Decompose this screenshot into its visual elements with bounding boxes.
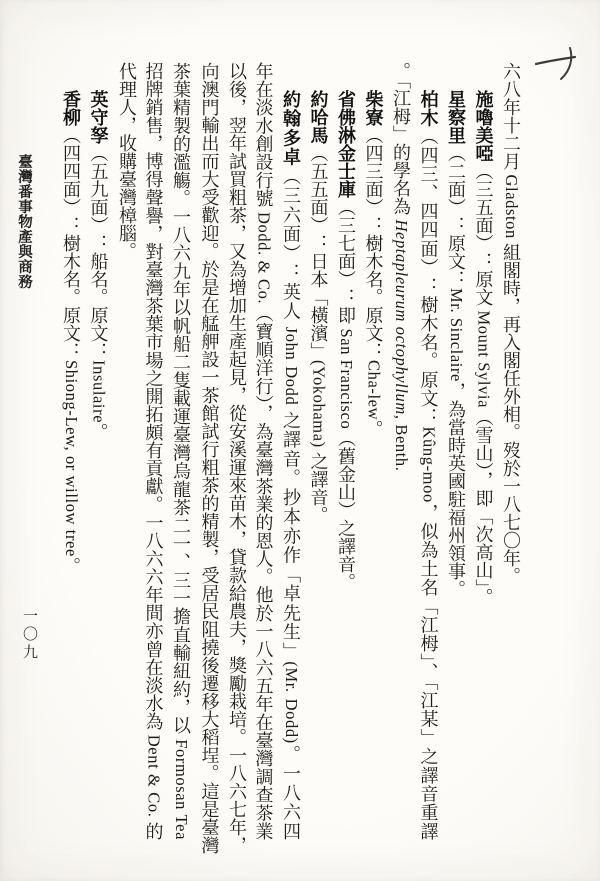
body-text: 組閣時，再入閣任外相。歿於一八七〇年。 [501, 239, 521, 586]
text-column-5: 。「江栂」的學名為 Heptapleurum octophyllum, Bent… [388, 62, 415, 472]
glossary-headword: 香柳 [61, 90, 81, 126]
body-text: （寶順洋行），為臺灣茶業的恩人。他於一八六五年在臺灣調查茶業 [254, 304, 274, 840]
latin-text: (Mr. Dodd) [282, 661, 301, 743]
text-column-14: 招牌銷售，博得聲譽，對臺灣茶葉市場之開拓頗有貢獻。一八六六年間亦曾在淡水為 De… [141, 62, 168, 840]
text-column-9: 約翰多卓（三六面）：英人 John Dodd 之譯音。抄本亦作「卓先生」(Mr.… [278, 62, 305, 840]
glossary-headword: 柏木 [419, 90, 439, 127]
text-column-4: 柏木（四三、四四面）：樹木名。原文：Kûng-moo，似為土名「江栂」、「江某」… [416, 62, 443, 840]
body-text: （五九面）：船名。原文： [89, 144, 109, 360]
latin-text: Mount Sylvia [475, 311, 494, 409]
glossary-headword: 約哈馬 [309, 90, 329, 144]
body-text: （四三、四四面）：樹木名。原文： [419, 127, 439, 426]
text-column-11: 以後，翌年試買粗茶，又為增加生產起見，從安溪運來苗木，貸款給農夫，獎勵栽培。一八… [223, 62, 250, 840]
body-text: 代理人，收購臺灣樟腦。 [117, 62, 137, 260]
body-text: 之譯音。 [309, 448, 329, 525]
text-column-13: 茶葉精製的濫觴。一八六九年以帆船二隻載運臺灣烏龍茶二一、三一擔直輸紐約，以 Fo… [168, 62, 195, 840]
body-text: 。「江栂」的學名為 [391, 62, 411, 220]
text-column-16: 英守孥（五九面）：船名。原文：Insulaire。 [86, 62, 113, 441]
latin-text: Dent & Co. [145, 735, 164, 818]
text-column-10: 年在淡水創設行號 Dodd. & Co.（寶順洋行），為臺灣茶業的恩人。他於一八… [251, 62, 278, 840]
latin-text: (Yokohama) [310, 360, 329, 448]
body-text: （三七面）：即 [336, 198, 356, 329]
text-column-3: 星察里（二面）：原文：Mr. Sinclaire，為當時英國駐福州領事。 [443, 62, 470, 598]
latin-text: Heptapleurum octophyllum, [392, 220, 411, 420]
body-text: （四四面）：樹木名。原文： [61, 126, 81, 360]
body-text: 以後，翌年試買粗茶，又為增加生產起見，從安溪運來苗木，貸款給農夫，獎勵栽培。一八… [227, 62, 247, 854]
body-text: （雪山），即「次高山」。 [474, 408, 494, 606]
body-text: 茶葉精製的濫觴。一八六九年以帆船二隻載運臺灣烏龍茶二一、三一擔直輸紐約，以 [171, 62, 191, 739]
text-column-7: 省佛淋金士庫（三七面）：即 San Francisco（舊金山）之譯音。 [333, 62, 360, 591]
text-column-1: 六八年十二月 Gladston 組閣時，再入閣任外相。歿於一八七〇年。 [498, 62, 525, 585]
scanned-book-page: 六八年十二月 Gladston 組閣時，再入閣任外相。歿於一八七〇年。施嚕美啞（… [0, 0, 600, 881]
body-text: 年在淡水創設行號 [254, 62, 274, 212]
latin-text: Benth. [392, 420, 411, 472]
glossary-headword: 英守孥 [89, 90, 109, 144]
latin-text: Mr. Sinclaire [447, 288, 466, 382]
body-text: 。 [89, 423, 109, 441]
glossary-headword: 星察里 [446, 90, 466, 144]
body-text: （三五面）：原文 [474, 162, 494, 311]
body-text: 之譯音。抄本亦作「卓先生」 [281, 405, 301, 661]
body-text: 招牌銷售，博得聲譽，對臺灣茶葉市場之開拓頗有貢獻。一八六六年間亦曾在淡水為 [144, 62, 164, 735]
latin-text: Kûng-moo [420, 427, 439, 503]
body-text: 。一八六四 [281, 744, 301, 840]
glossary-headword: 柴寮 [364, 90, 384, 126]
latin-text: Formosan Tea [172, 739, 191, 840]
body-text: 的 [144, 817, 164, 840]
text-column-12: 向澳門輸出而大受歡迎。於是在艋舺設一茶館試行粗茶的精製，受居民阻撓後遷移大稻埕。… [196, 62, 223, 840]
body-text: ，為當時英國駐福州領事。 [446, 382, 466, 598]
body-text: （五五面）：日本「橫濱」 [309, 144, 329, 360]
latin-text: Insulaire [90, 360, 109, 423]
glossary-headword: 省佛淋金士庫 [336, 90, 356, 198]
text-column-17: 香柳（四四面）：樹木名。原文：Shiong-Lew, or willow tre… [58, 62, 85, 575]
latin-text: Gladston [502, 175, 521, 239]
page-number: 一〇九 [20, 608, 38, 662]
latin-text: Shiong-Lew, or willow tree [62, 360, 81, 557]
latin-text: Cha-lew [365, 360, 384, 420]
body-text: 六八年十二月 [501, 62, 521, 175]
latin-text: John Dodd [282, 327, 301, 406]
body-text: （四三面）：樹木名。原文： [364, 126, 384, 360]
text-column-8: 約哈馬（五五面）：日本「橫濱」(Yokohama) 之譯音。 [306, 62, 333, 524]
glossary-headword: 約翰多卓 [281, 90, 301, 167]
book-title-margin: 臺灣番事物產與商務 [15, 154, 33, 289]
text-column-2: 施嚕美啞（三五面）：原文 Mount Sylvia（雪山），即「次高山」。 [471, 62, 498, 606]
latin-text: San Francisco [337, 329, 356, 430]
glossary-headword: 施嚕美啞 [474, 90, 494, 162]
body-text: （三六面）：英人 [281, 167, 301, 327]
body-text: （舊金山）之譯音。 [336, 429, 356, 591]
body-text: 向澳門輸出而大受歡迎。於是在艋舺設一茶館試行粗茶的精製，受居民阻撓後遷移大稻埕。… [200, 62, 220, 854]
body-text: 。 [61, 557, 81, 575]
body-text: （二面）：原文： [446, 144, 466, 288]
latin-text: Dodd. & Co. [255, 212, 274, 304]
text-column-15: 代理人，收購臺灣樟腦。 [113, 62, 140, 260]
body-text: 。 [364, 420, 384, 438]
body-text: ，似為土名「江栂」、「江某」之譯音重譯 [419, 503, 439, 840]
text-column-6: 柴寮（四三面）：樹木名。原文：Cha-lew。 [361, 62, 388, 438]
